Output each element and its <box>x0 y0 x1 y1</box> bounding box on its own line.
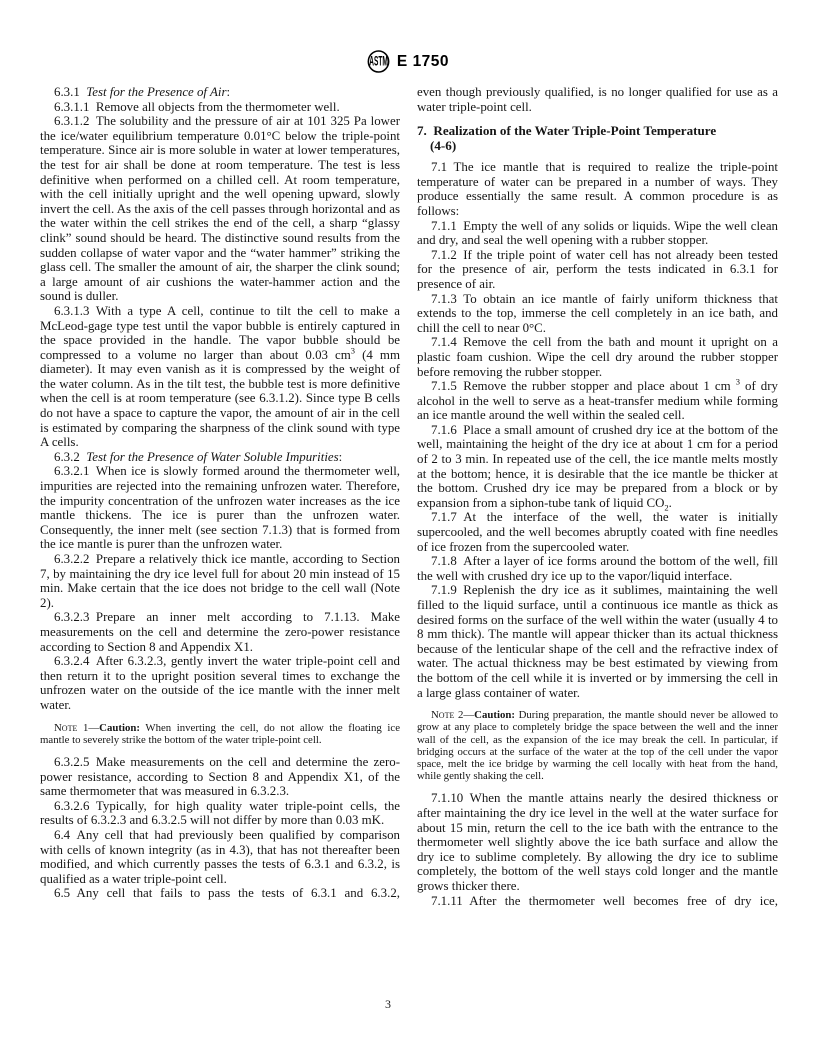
para-6-4: 6.4 Any cell that had previously been qu… <box>40 828 400 886</box>
para-7-1-8: 7.1.8 After a layer of ice forms around … <box>417 554 778 583</box>
para-7-1-4: 7.1.4 Remove the cell from the bath and … <box>417 335 778 379</box>
astm-logo-icon: ASTM <box>367 50 390 73</box>
para-7-1: 7.1 The ice mantle that is required to r… <box>417 160 778 218</box>
left-column: 6.3.1 Test for the Presence of Air:6.3.1… <box>40 85 400 901</box>
text-run: 7.1.2 If the triple point of water cell … <box>417 248 778 291</box>
text-run: Test for the Presence of Air <box>86 85 226 99</box>
para-7-1-3: 7.1.3 To obtain an ice mantle of fairly … <box>417 292 778 336</box>
text-run: Caution: <box>99 722 140 734</box>
text-run: : <box>339 450 343 464</box>
section-7-heading: 7. Realization of the Water Triple-Point… <box>417 123 778 153</box>
text-run: 6.4 Any cell that had previously been qu… <box>40 828 400 886</box>
text-run: 7.1.9 Replenish the dry ice as it sublim… <box>417 583 778 699</box>
text-run: 2— <box>454 709 474 721</box>
text-run: 1— <box>77 722 99 734</box>
document-page: ASTM E 1750 6.3.1 Test for the Presence … <box>0 0 816 1056</box>
text-run: Note <box>431 709 454 721</box>
right-column: even though previously qualified, is no … <box>417 85 778 908</box>
para-6-3-2-5: 6.3.2.5 Make measurements on the cell an… <box>40 755 400 799</box>
text-run: 6.3.1 <box>54 85 86 99</box>
text-run: 7.1.7 At the interface of the well, the … <box>417 510 778 553</box>
text-run: 6.3.2.5 Make measurements on the cell an… <box>40 755 400 798</box>
para-7-1-5: 7.1.5 Remove the rubber stopper and plac… <box>417 379 778 423</box>
text-run: 7.1 The ice mantle that is required to r… <box>417 160 778 218</box>
para-6-3-2-6: 6.3.2.6 Typically, for high quality wate… <box>40 799 400 828</box>
text-run: 6.3.2.1 When ice is slowly formed around… <box>40 464 400 551</box>
note-2: Note 2—Caution: During preparation, the … <box>417 709 778 782</box>
text-run: 6.3.2.2 Prepare a relatively thick ice m… <box>40 552 400 610</box>
text-run: 7.1.6 Place a small amount of crushed dr… <box>417 423 778 510</box>
page-number: 3 <box>0 997 776 1012</box>
para-7-1-6: 7.1.6 Place a small amount of crushed dr… <box>417 423 778 511</box>
para-6-3-2-2: 6.3.2.2 Prepare a relatively thick ice m… <box>40 552 400 610</box>
para-7-1-11: 7.1.11 After the thermometer well become… <box>417 894 778 909</box>
svg-text:ASTM: ASTM <box>369 54 388 69</box>
text-run: 6.3.2.4 After 6.3.2.3, gently invert the… <box>40 654 400 712</box>
text-run: 7.1.4 Remove the cell from the bath and … <box>417 335 778 378</box>
text-run: 7.1.11 After the thermometer well become… <box>431 894 778 908</box>
text-run: 6.3.2.3 Prepare an inner melt according … <box>40 610 400 653</box>
text-run: 6.3.2.6 Typically, for high quality wate… <box>40 799 400 828</box>
para-7-1-9: 7.1.9 Replenish the dry ice as it sublim… <box>417 583 778 700</box>
para-6-3-2: 6.3.2 Test for the Presence of Water Sol… <box>40 450 400 465</box>
text-run: 7. Realization of the Water Triple-Point… <box>417 123 716 138</box>
text-run: 7.1.8 After a layer of ice forms around … <box>417 554 778 583</box>
doc-number: E 1750 <box>397 53 449 71</box>
text-run: Caution: <box>474 709 515 721</box>
para-6-5-continuation: even though previously qualified, is no … <box>417 85 778 114</box>
para-6-3-2-1: 6.3.2.1 When ice is slowly formed around… <box>40 464 400 552</box>
text-run: : <box>226 85 230 99</box>
para-6-5: 6.5 Any cell that fails to pass the test… <box>40 886 400 901</box>
note-1: Note 1—Caution: When inverting the cell,… <box>40 722 400 746</box>
para-6-3-2-4: 6.3.2.4 After 6.3.2.3, gently invert the… <box>40 654 400 712</box>
para-6-3-1-2: 6.3.1.2 The solubility and the pressure … <box>40 114 400 304</box>
text-run: 6.5 Any cell that fails to pass the test… <box>54 886 400 900</box>
text-run: 6.3.1.3 With a type A cell, continue to … <box>40 304 400 362</box>
text-run: 7.1.1 Empty the well of any solids or li… <box>417 219 778 248</box>
text-run: 7.1.3 To obtain an ice mantle of fairly … <box>417 292 778 335</box>
para-7-1-10: 7.1.10 When the mantle attains nearly th… <box>417 791 778 893</box>
text-run: . <box>669 496 672 510</box>
text-run: 6.3.2 <box>54 450 86 464</box>
text-run: 6.3.1.1 Remove all objects from the ther… <box>54 100 340 114</box>
para-6-3-1: 6.3.1 Test for the Presence of Air: <box>40 85 400 100</box>
text-run: (4 mm diameter). It may even vanish as i… <box>40 348 400 450</box>
para-6-3-1-1: 6.3.1.1 Remove all objects from the ther… <box>40 100 400 115</box>
para-7-1-7: 7.1.7 At the interface of the well, the … <box>417 510 778 554</box>
para-7-1-1: 7.1.1 Empty the well of any solids or li… <box>417 219 778 248</box>
text-run: (4-6) <box>430 138 456 153</box>
text-run: even though previously qualified, is no … <box>417 85 778 114</box>
text-run: 6.3.1.2 The solubility and the pressure … <box>40 114 400 303</box>
text-run: Note <box>54 722 77 734</box>
document-header: ASTM E 1750 <box>0 50 816 73</box>
para-6-3-2-3: 6.3.2.3 Prepare an inner melt according … <box>40 610 400 654</box>
para-6-3-1-3: 6.3.1.3 With a type A cell, continue to … <box>40 304 400 450</box>
para-7-1-2: 7.1.2 If the triple point of water cell … <box>417 248 778 292</box>
text-run: 7.1.5 Remove the rubber stopper and plac… <box>431 379 736 393</box>
text-run: 7.1.10 When the mantle attains nearly th… <box>417 791 778 893</box>
text-run: Test for the Presence of Water Soluble I… <box>86 450 338 464</box>
